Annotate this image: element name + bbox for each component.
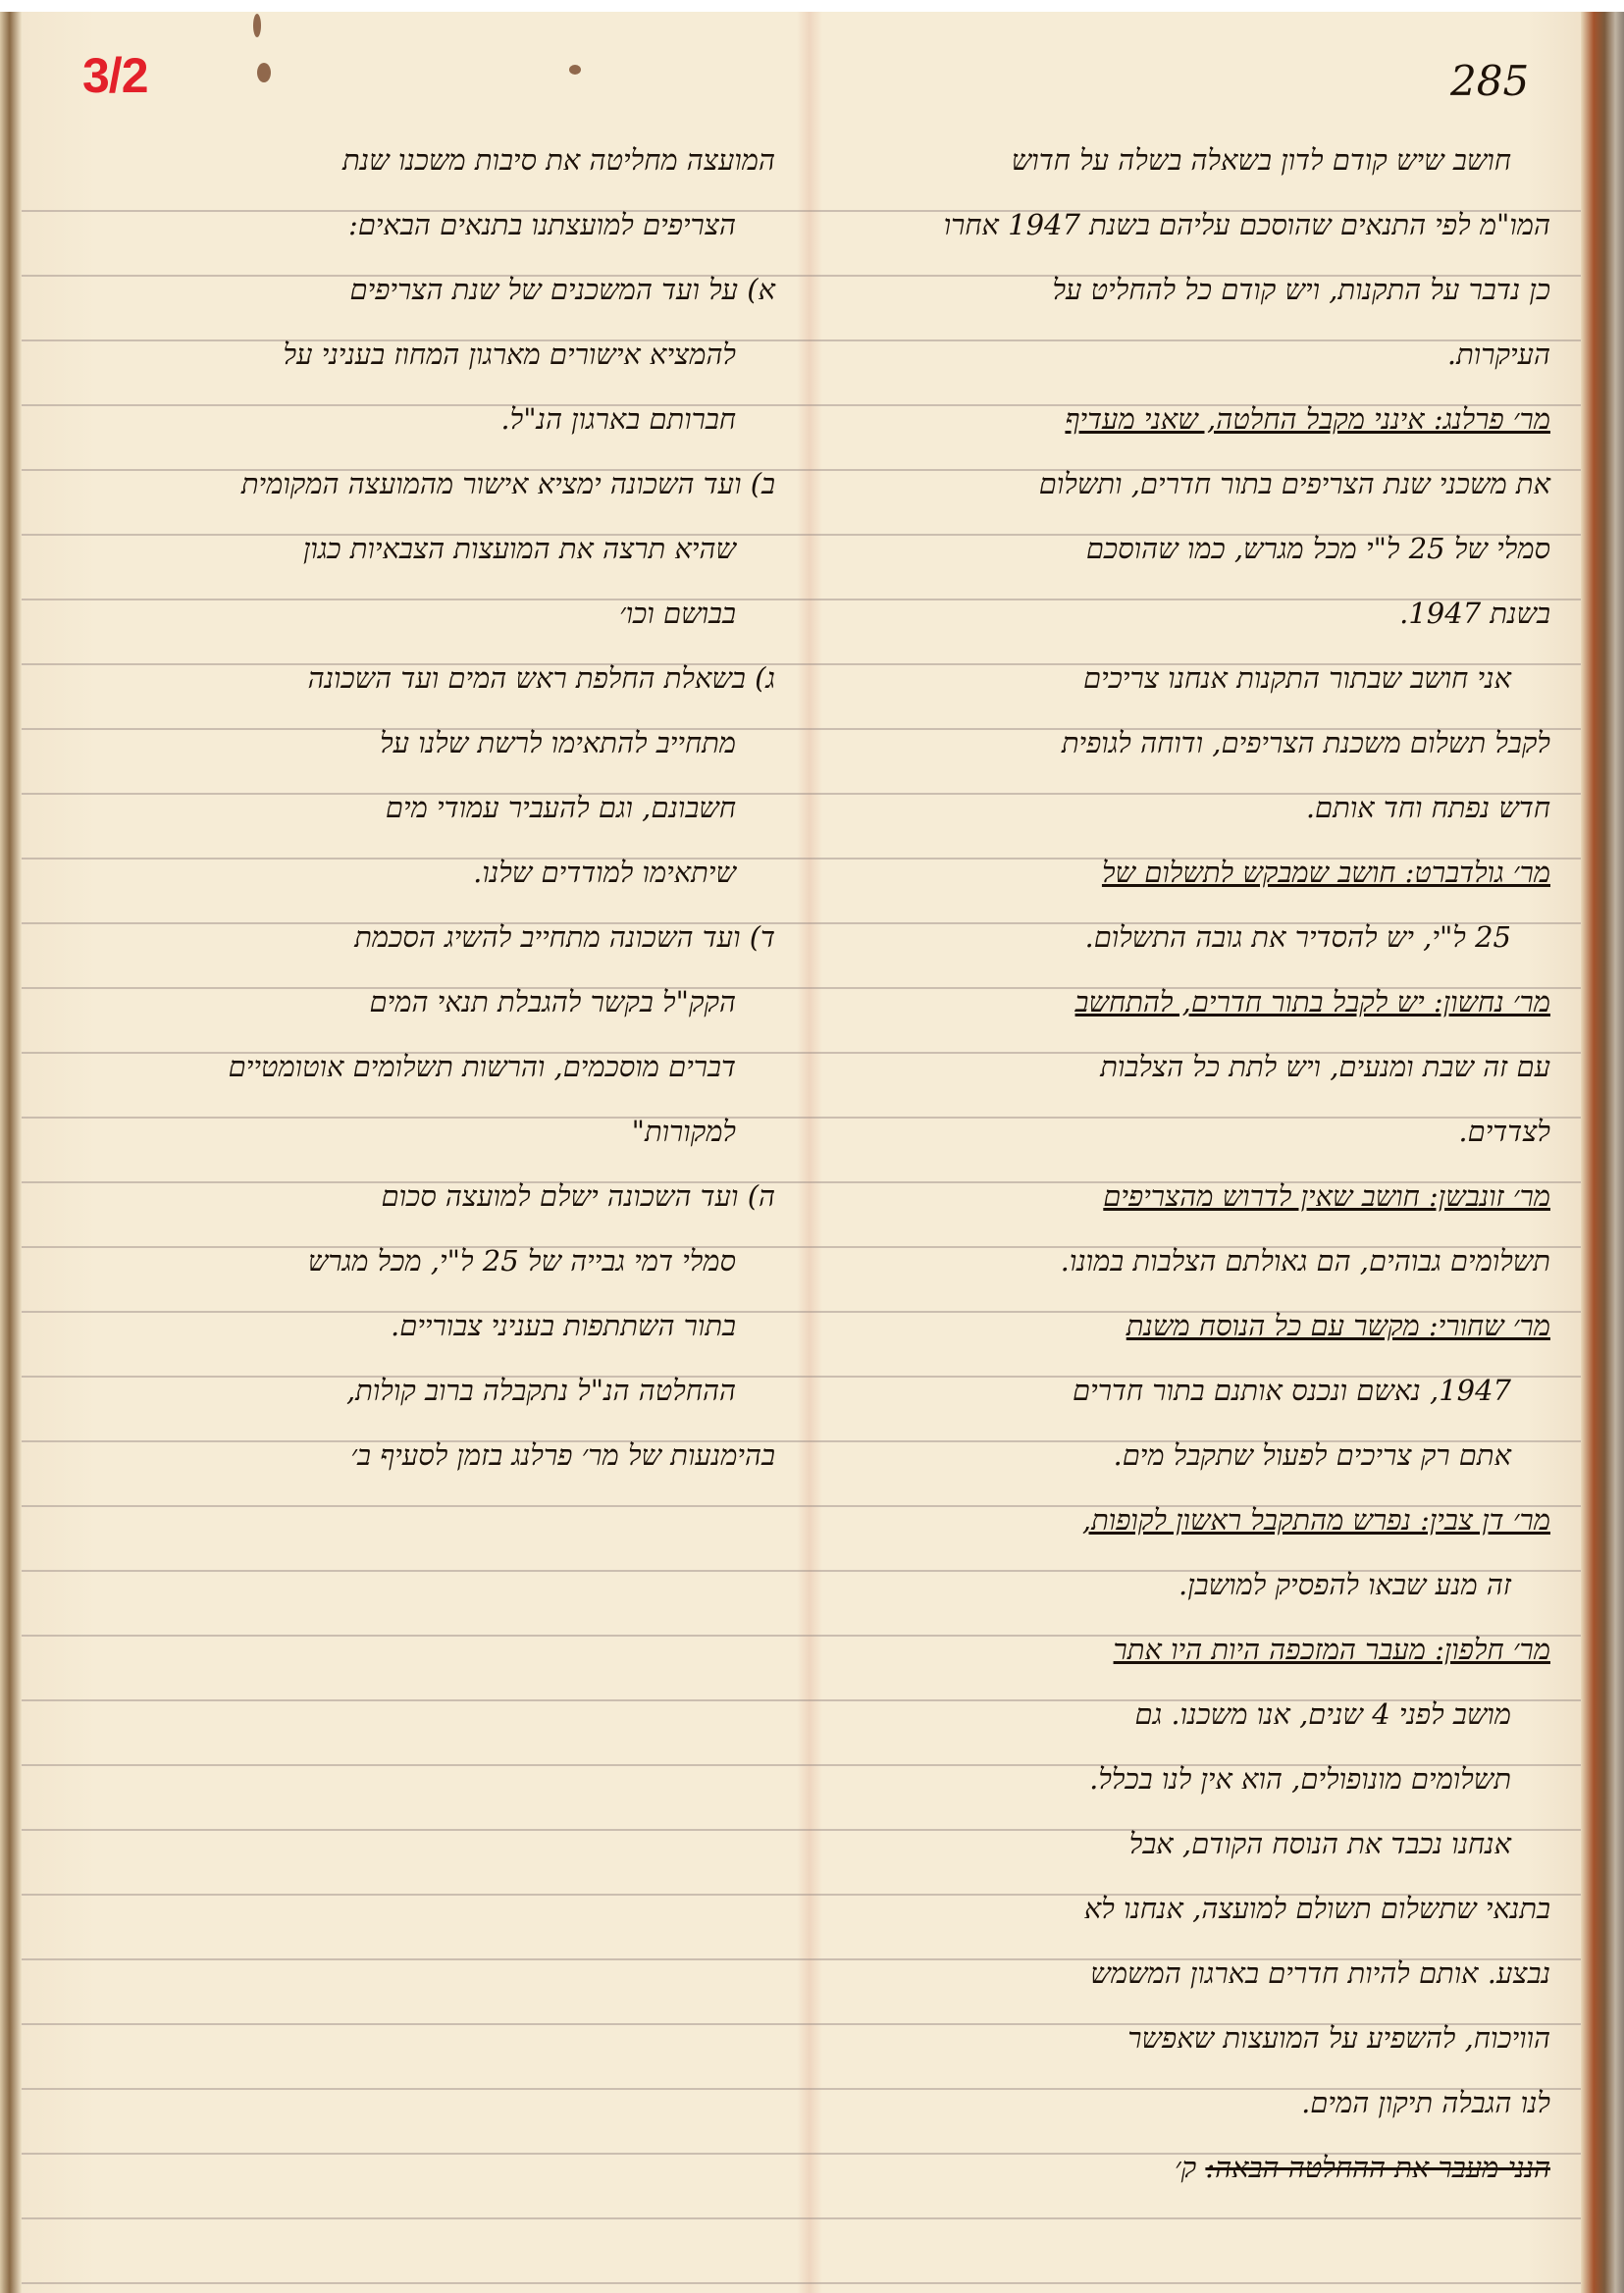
text-line: למקורות" — [59, 1099, 775, 1164]
resolution-item-c: ג) בשאלת החלפת ראש המים ועד השכונה — [59, 646, 775, 710]
text-line: הוויכוח, להשפיע על המועצות שאפשר — [834, 2006, 1550, 2070]
text-line: מושב לפני 4 שנים, אנו משכנו. גם — [834, 1682, 1550, 1746]
struck-mark: ק׳ — [1175, 2151, 1196, 2184]
text-line: חשבונם, וגם להעביר עמודי מים — [59, 775, 775, 840]
text-line: כן נדבר על התקנות, ויש קודם כל להחליט על — [834, 257, 1550, 322]
speaker-line: מר׳ זונבשן: חושב שאין לדרוש מהצריפים — [834, 1164, 1550, 1228]
text-line: לצדדים. — [834, 1099, 1550, 1164]
page-binding-edge — [0, 12, 22, 2293]
speaker-line: מר׳ שחורי: מקשר עם כל הנוסח משנת — [834, 1293, 1550, 1358]
ink-stain — [257, 63, 271, 82]
speaker-line: מר׳ פרלנג: אינני מקבל החלטה, שאני מעדיף — [834, 387, 1550, 451]
speaker-line: מר׳ חלפון: מעבר המזכפה היות היו אתר — [834, 1617, 1550, 1682]
text-line: ההחלטה הנ"ל נתקבלה ברוב קולות, — [59, 1358, 775, 1423]
text-line: המועצה מחליטה את סיבות משכנו שנת — [59, 128, 775, 192]
text-line: הצריפים למועצתנו בתנאים הבאים: — [59, 192, 775, 257]
resolution-item-d: ד) ועד השכונה מתחייב להשיג הסכמת — [59, 905, 775, 969]
speaker-line: מר׳ דן צבין: נפרש מהתקבל ראשון לקופות, — [834, 1487, 1550, 1552]
text-line: לקבל תשלום משכנת הצריפים, ודוחה לגופית — [834, 710, 1550, 775]
left-column-text: המועצה מחליטה את סיבות משכנו שנת הצריפים… — [59, 128, 775, 1487]
text-line: בבושם וכו׳ — [59, 581, 775, 646]
ink-stain — [569, 65, 581, 75]
text-line: הקק"ל בקשר להגבלת תנאי המים — [59, 969, 775, 1034]
text-line: עם זה שבת ומנעים, ויש לתת כל הצלבות — [834, 1034, 1550, 1099]
page-label: 3/2 — [82, 47, 148, 104]
page-right-edge — [1581, 12, 1624, 2293]
text-line: מתחייב להתאימו לרשת שלנו על — [59, 710, 775, 775]
text-line: אני חושב שבתור התקנות אנחנו צריכים — [834, 646, 1550, 710]
right-column-text: חושב שיש קודם לדון בשאלה בשלה על חדוש המ… — [834, 128, 1550, 2200]
text-line: נבצע. אותם להיות חדרים בארגון המשמש — [834, 1941, 1550, 2006]
text-line: חדש נפתח וחד אותם. — [834, 775, 1550, 840]
text-line: אתם רק צריכים לפעול שתקבל מים. — [834, 1423, 1550, 1487]
text-line: לנו הגבלה תיקון המים. — [834, 2070, 1550, 2135]
struck-text: הנני מעבר את ההחלטה הבאה: — [1205, 2151, 1550, 2184]
text-line: סמלי של 25 ל"י מכל מגרש, כמו שהוסכם — [834, 516, 1550, 581]
text-line: תשלומים גבוהים, הם גאולתם הצלבות במונו. — [834, 1228, 1550, 1293]
text-line: בשנת 1947. — [834, 581, 1550, 646]
notebook-page: 3/2 285 חושב שיש קודם לדון בשאלה בשלה על… — [0, 12, 1624, 2293]
text-line: 25 ל"י, יש להסדיר את גובה התשלום. — [834, 905, 1550, 969]
text-line: חושב שיש קודם לדון בשאלה בשלה על חדוש — [834, 128, 1550, 192]
resolution-item-e: ה) ועד השכונה ישלם למועצה סכום — [59, 1164, 775, 1228]
text-line: בתנאי שתשלום תשולם למועצה, אנחנו לא — [834, 1876, 1550, 1941]
ruled-line — [22, 2282, 1581, 2284]
text-line: 1947, נאשם ונכנס אותנם בתור חדרים — [834, 1358, 1550, 1423]
text-line: תשלומים מונופולים, הוא אין לנו בכלל. — [834, 1746, 1550, 1811]
text-line: בתור השתתפות בעניני צבוריים. — [59, 1293, 775, 1358]
text-line: העיקרות. — [834, 322, 1550, 387]
text-line: אנחנו נכבד את הנוסח הקודם, אבל — [834, 1811, 1550, 1876]
center-fold — [797, 12, 822, 2293]
text-line: שיתאימו למודדים שלנו. — [59, 840, 775, 905]
page-number: 285 — [1450, 57, 1529, 105]
text-line: חברותם בארגון הנ"ל. — [59, 387, 775, 451]
text-line: דברים מוסכמים, והרשות תשלומים אוטומטיים — [59, 1034, 775, 1099]
text-line: שהיא תרצה את המועצות הצבאיות כגון — [59, 516, 775, 581]
struck-line: הנני מעבר את ההחלטה הבאה: ק׳ — [834, 2135, 1550, 2200]
ruled-line — [22, 2217, 1581, 2219]
speaker-line: מר׳ נחשון: יש לקבל בתור חדרים, להתחשב — [834, 969, 1550, 1034]
text-line: את משכני שנת הצריפים בתור חדרים, ותשלום — [834, 451, 1550, 516]
text-line: זה מנע שבאו להפסיק למושבן. — [834, 1552, 1550, 1617]
text-line: להמציא אישורים מארגון המחוז בעניני על — [59, 322, 775, 387]
ink-stain — [253, 14, 261, 37]
speaker-line: מר׳ גולדברט: חושב שמבקש לתשלום של — [834, 840, 1550, 905]
resolution-item-a: א) על ועד המשכנים של שנת הצריפים — [59, 257, 775, 322]
text-line: המו"מ לפי התנאים שהוסכם עליהם בשנת 1947 … — [834, 192, 1550, 257]
resolution-item-b: ב) ועד השכונה ימציא אישור מהמועצה המקומי… — [59, 451, 775, 516]
text-line: סמלי דמי גבייה של 25 ל"י, מכל מגרש — [59, 1228, 775, 1293]
text-line: בהימנעות של מר׳ פרלנג בזמן לסעיף ב׳ — [59, 1423, 775, 1487]
